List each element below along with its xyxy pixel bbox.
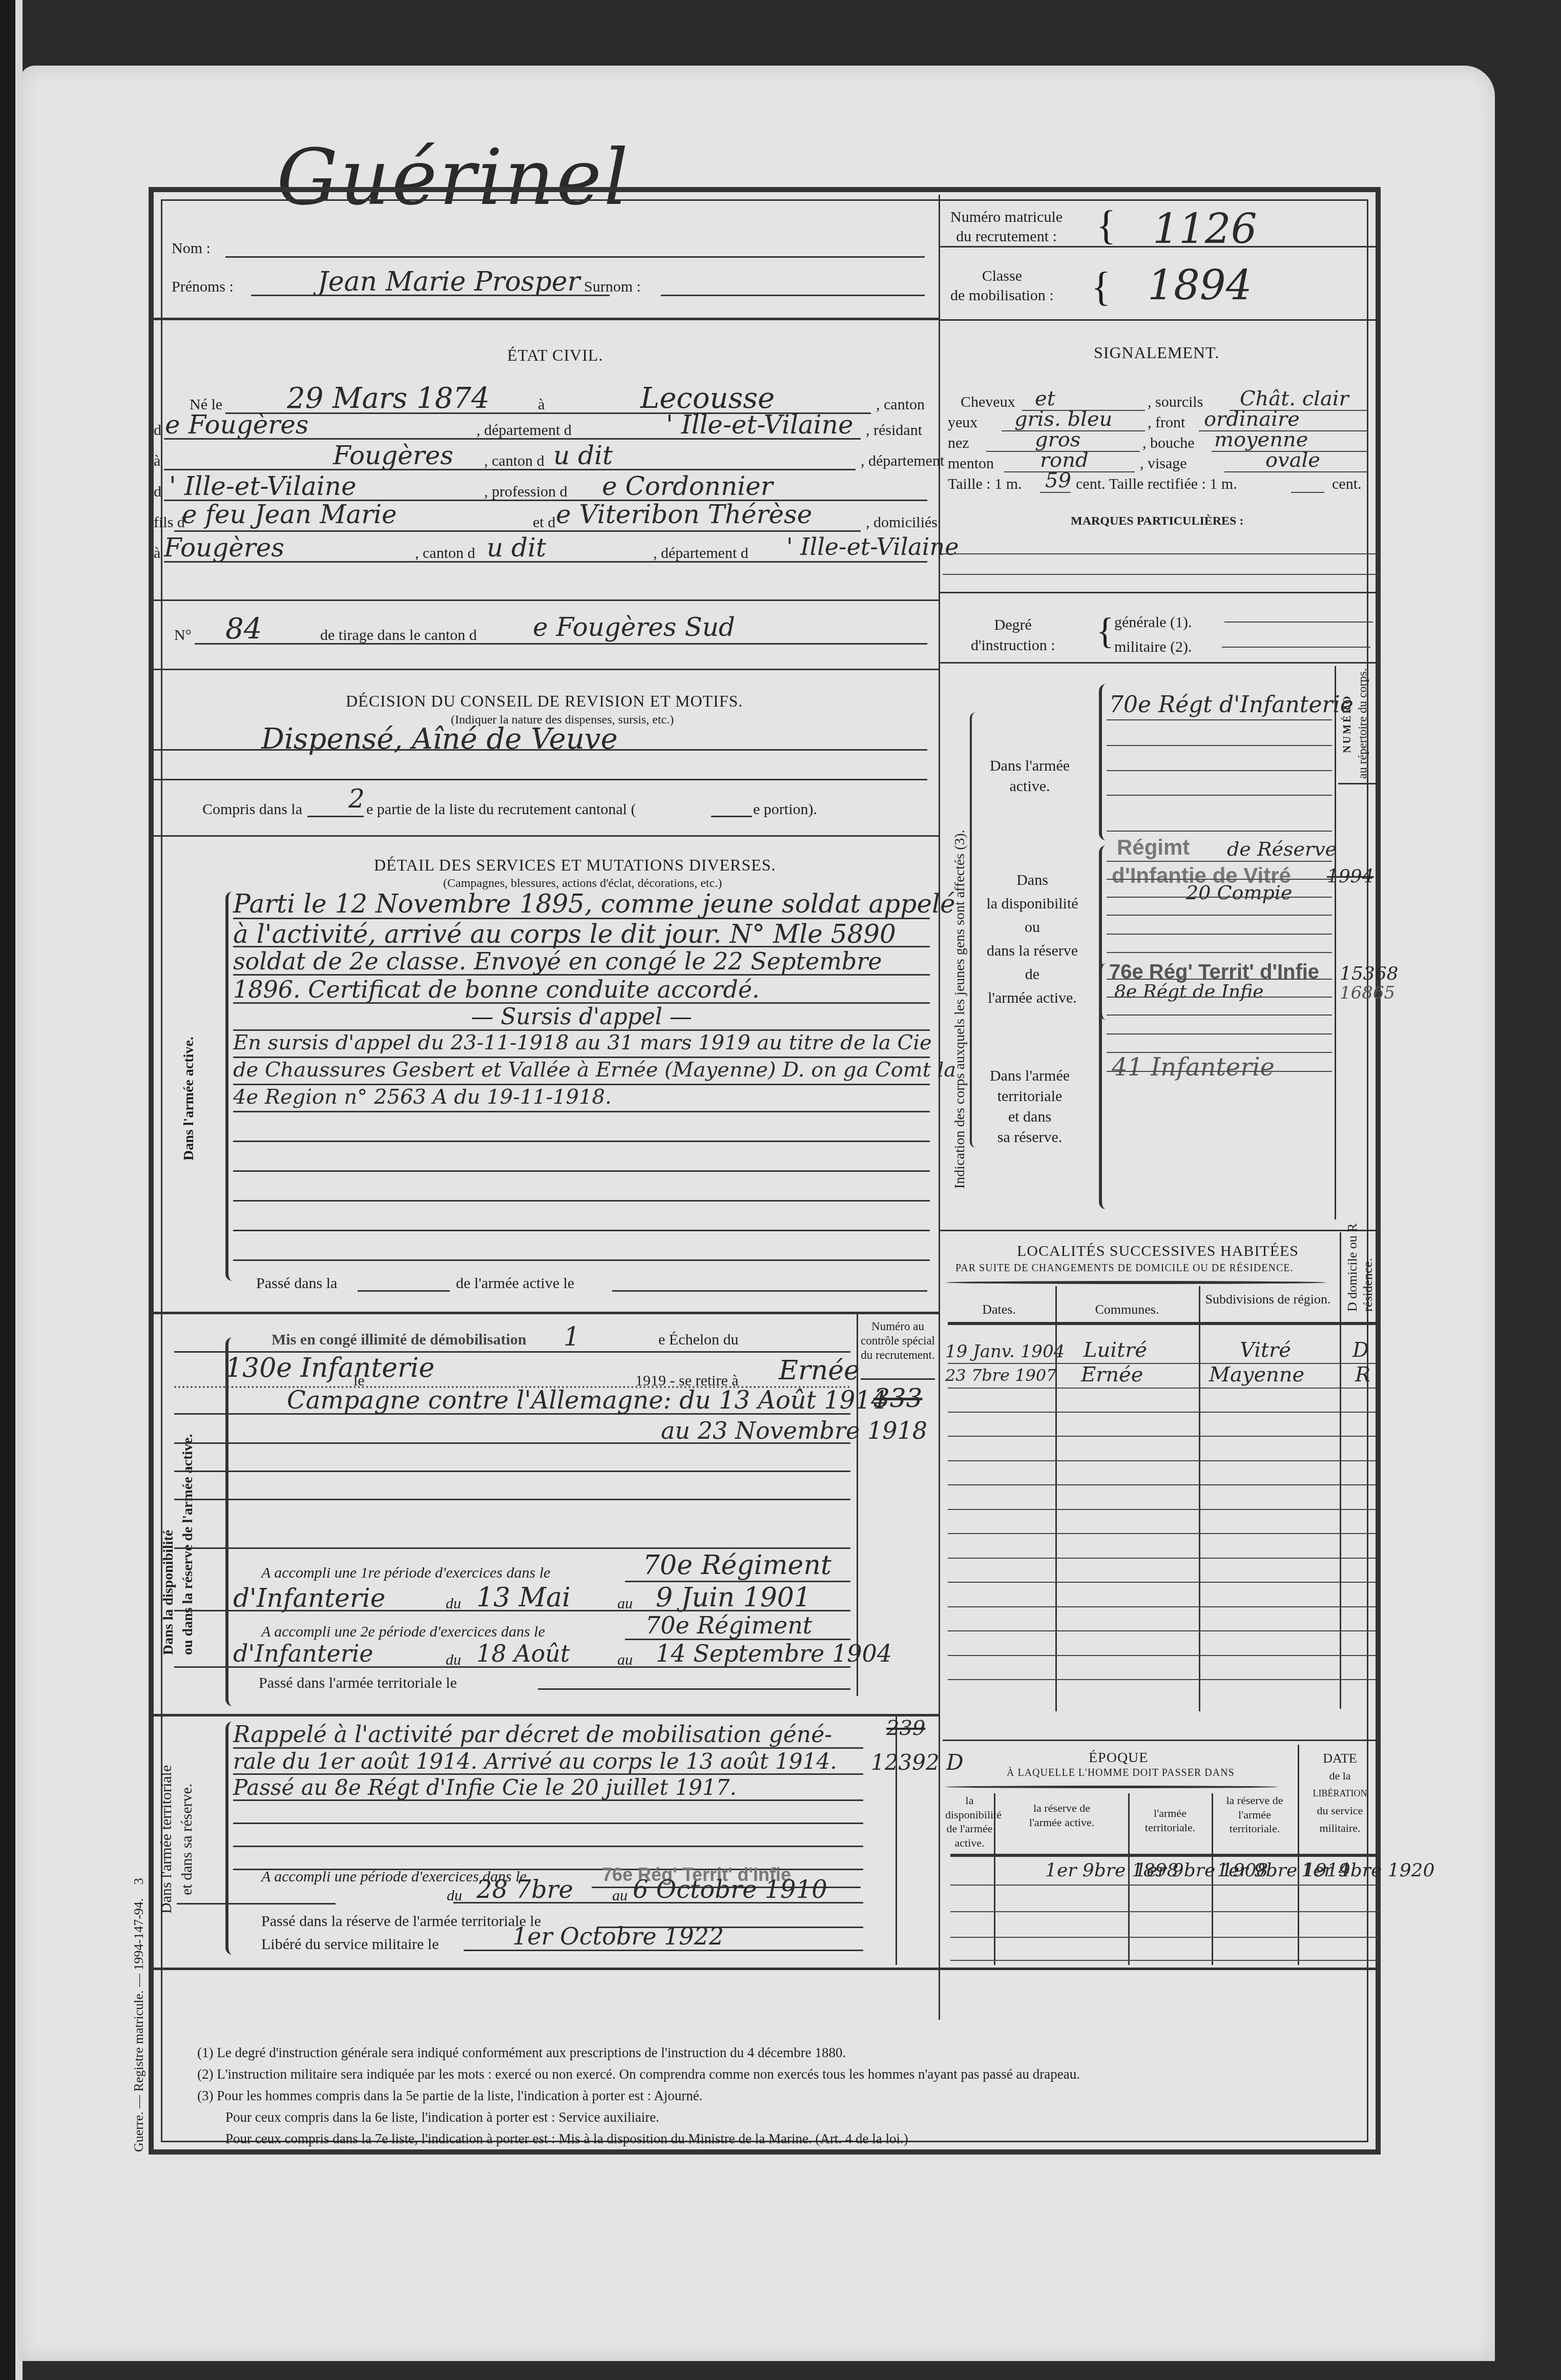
label-line: au répertoire du corps. (1355, 668, 1370, 779)
services-line: — Sursis d'appel — (233, 1004, 930, 1031)
localites-header-line (945, 1281, 1327, 1284)
dispo-line (174, 1499, 850, 1500)
territoriale-du-line (177, 1903, 336, 1905)
territoriale-au-label: au (612, 1888, 628, 1903)
taille-cent-label-2: cent. (1332, 477, 1361, 492)
canton-label: , canton (876, 397, 925, 412)
divider (151, 1714, 939, 1716)
residence-canton-label: , canton d (484, 453, 544, 469)
corps-reserve-label: Dans la disponibilité ou dans la réserve… (981, 868, 1084, 1010)
territoriale-au-value: 6 Octobre 1910 (633, 1875, 827, 1904)
domicile-canton-value: u dit (487, 533, 546, 563)
localites-row-line (948, 1558, 1376, 1559)
footnote: (3) Pour les hommes compris dans la 5e p… (197, 2085, 1365, 2106)
epoque-col: la disponibilité de l'armée active. (945, 1793, 994, 1850)
residence-departement-label: , département (861, 453, 944, 469)
localites-row-line (948, 1606, 1376, 1607)
localites-col-line (948, 1322, 1376, 1325)
taille-rectifiee-line (1291, 492, 1324, 493)
passe-reserve-label: Passé dans la réserve de l'armée territo… (261, 1914, 541, 1929)
dispo-line (174, 1547, 850, 1549)
decision-title: DÉCISION DU CONSEIL DE REVISION ET MOTIF… (346, 692, 743, 711)
corps-line (1107, 1015, 1332, 1016)
localites-col-dates: Dates. (945, 1301, 1053, 1318)
instruction-militaire-line (1222, 647, 1370, 648)
localites-col-subdivisions: Subdivisions de région. (1201, 1291, 1335, 1308)
corps-line (1107, 745, 1332, 746)
divider (940, 319, 1381, 321)
libere-value: 1er Octobre 1922 (512, 1922, 724, 1950)
dr-divider (1340, 1232, 1341, 1709)
parents-line (174, 530, 861, 532)
label-line: Classe (950, 266, 1054, 286)
menton-label: menton (948, 456, 994, 471)
tirage-no-value: 84 (225, 612, 262, 646)
localites-row-line (948, 1679, 1376, 1680)
taille-cent-label: cent. Taille rectifiée : 1 m. (1076, 477, 1237, 492)
departement-label: , département d (476, 423, 572, 438)
surnom-label: Surnom : (584, 279, 641, 295)
corps-reserve-stamp-1: Régimt (1117, 835, 1190, 860)
periode1-du-label: du (446, 1596, 461, 1611)
label-line: dans la réserve (981, 939, 1084, 963)
label-line: Numéro matricule (950, 208, 1063, 227)
retire-value: Ernée (779, 1355, 860, 1386)
label-line: sa réserve. (984, 1127, 1076, 1148)
passe-label: Passé dans la (256, 1276, 337, 1291)
epoque-row-line (950, 1937, 1378, 1938)
compris-value: 2 (348, 784, 365, 814)
corps-active-label: Dans l'armée active. (986, 756, 1073, 797)
periode1-au: 9 Juin 1901 (656, 1582, 811, 1613)
disponibilite-brace (225, 1337, 233, 1706)
et-de-label: et d (533, 515, 555, 530)
side-imprint: Guerre. — Registre matricule. — 1994-147… (132, 1878, 145, 2152)
corps-reserve-numero: 1994 (1327, 866, 1374, 887)
prenoms-value: Jean Marie Prosper (318, 266, 580, 297)
corps-line (1107, 795, 1332, 796)
residence-dept-value: ' Ille-et-Vilaine (169, 471, 357, 501)
services-line-empty (233, 1142, 930, 1172)
corps-territoriale-numero-2: 16865 (1340, 983, 1395, 1003)
label-line: Dans (981, 868, 1084, 892)
nom-label: Nom : (172, 241, 211, 256)
corps-active-brace (1099, 684, 1106, 840)
corps-territoriale-value-2: 8e Régt de Infie (1114, 981, 1264, 1002)
footnotes: (1) Le degré d'instruction générale sera… (197, 2042, 1365, 2149)
tirage-line (195, 643, 927, 645)
services-lines: Parti le 12 Novembre 1895, comme jeune s… (233, 889, 930, 1261)
yeux-label: yeux (948, 415, 977, 430)
divider (151, 669, 939, 670)
services-line: 4e Region n° 2563 A du 19-11-1918. (233, 1085, 930, 1112)
echelon-value: 1 (564, 1322, 580, 1352)
corps-territoriale-value-3: 41 Infanterie (1112, 1053, 1275, 1082)
side-label-line: Dans la disponibilité (159, 1434, 178, 1655)
periode2-du: 18 Août (476, 1640, 570, 1667)
territoriale-au-line (453, 1902, 863, 1903)
territoriale-du-value: 28 7bre (476, 1875, 573, 1904)
localites-title: LOCALITÉS SUCCESSIVES HABITÉES (1017, 1243, 1299, 1260)
localites-col-communes: Communes. (1058, 1301, 1196, 1318)
corps-line (1107, 934, 1332, 935)
decision-line (154, 749, 927, 751)
surnom-line (661, 295, 925, 296)
divider (940, 246, 1381, 247)
domicile-value: Fougères (164, 533, 284, 563)
signalement-title: SIGNALEMENT. (1094, 343, 1219, 362)
footnote: Pour ceux compris dans la 7e liste, l'in… (197, 2128, 1365, 2149)
localites-row-commune: Ernée (1081, 1363, 1143, 1386)
divider (151, 599, 939, 601)
passe-label-2: de l'armée active le (456, 1276, 574, 1291)
corps-line (1107, 997, 1332, 998)
services-line: de Chaussures Gesbert et Vallée à Ernée … (233, 1058, 930, 1085)
side-label-line: Dans l'armée territoriale (156, 1765, 177, 1914)
services-side-label: Dans l'armée active. (182, 1037, 196, 1161)
label-line: Degré (971, 615, 1055, 635)
tirage-canton-value: e Fougères Sud (533, 612, 735, 642)
services-line-empty (233, 1231, 930, 1261)
label-line: D domicile ou R résidence. (1345, 1209, 1376, 1312)
nom-line (225, 256, 925, 258)
label-line: ou (981, 916, 1084, 939)
residant-label: , résidant (866, 423, 922, 438)
label-line: du recrutement : (950, 227, 1063, 246)
campagne-line-1: Campagne contre l'Allemagne: du 13 Août … (287, 1386, 886, 1415)
territoriale-du-label: du (447, 1888, 462, 1903)
corps-line (1107, 879, 1332, 880)
epoque-col: la réserve de l'armée active. (996, 1801, 1127, 1829)
tirage-no-label: N° (174, 628, 192, 643)
periode2-line-2 (174, 1666, 850, 1668)
numero-repertoire-header: NUMÉRO au répertoire du corps. (1340, 668, 1370, 779)
compris-label-3: e portion). (753, 802, 817, 817)
label-line: d'instruction : (971, 635, 1055, 656)
domicile-canton-label: , canton d (415, 546, 475, 561)
residence-line (164, 469, 856, 470)
sourcils-label: , sourcils (1148, 395, 1203, 410)
compris-label: Compris dans la (202, 802, 302, 817)
front-label: , front (1148, 415, 1185, 430)
dispo-line (174, 1413, 850, 1415)
visage-label: , visage (1140, 456, 1187, 471)
corps-line (1107, 719, 1332, 720)
periode2-corps: 70e Régiment (646, 1611, 812, 1639)
divider (943, 1740, 1381, 1741)
localites-row-line (948, 1509, 1376, 1510)
marques-label: MARQUES PARTICULIÈRES : (1071, 515, 1243, 527)
localites-row-commune: Luitré (1084, 1338, 1147, 1362)
footnote: Pour ceux compris dans la 6e liste, l'in… (197, 2106, 1365, 2128)
marques-line (943, 553, 1378, 554)
epoque-col: l'armée territoriale. (1130, 1806, 1211, 1834)
cheveux-label: Cheveux (961, 395, 1015, 410)
periode1-corps: 70e Régiment (643, 1550, 831, 1581)
corps-line (1107, 1071, 1332, 1072)
periode2-au: 14 Septembre 1904 (656, 1640, 892, 1667)
services-line-empty (233, 1202, 930, 1231)
residence-dept-prefix: d (154, 484, 161, 500)
visage-value: ovale (1265, 448, 1320, 472)
localites-row-line (948, 1655, 1376, 1656)
domicile-line (164, 561, 927, 563)
passe-line-2 (612, 1290, 927, 1292)
epoque-row-line (950, 1885, 1378, 1886)
domicile-a-label: à (154, 546, 160, 561)
territoriale-brace (225, 1722, 233, 1955)
divider (151, 1312, 939, 1314)
corps-territoriale-brace (1099, 963, 1106, 1209)
ne-le-value: 29 Mars 1874 (287, 382, 490, 415)
numero-controle-line (861, 1378, 935, 1380)
residence-canton-value: u dit (553, 441, 613, 470)
visage-line (1224, 471, 1368, 472)
label-line: LIBÉRATION (1300, 1785, 1380, 1802)
services-line-empty (233, 1112, 930, 1142)
localites-row-subdivision: Mayenne (1209, 1363, 1304, 1386)
corps-line (1107, 979, 1332, 980)
liberation-value: 1er 9bre 1920 (1301, 1860, 1434, 1881)
divider (151, 1968, 1381, 1970)
corps-side-brace (970, 712, 976, 1148)
canton-d-label: d (154, 423, 161, 438)
services-line: En sursis d'appel du 23-11-1918 au 31 ma… (233, 1031, 930, 1058)
divider (940, 1230, 1381, 1231)
label-line: la disponibilité (981, 892, 1084, 916)
compris-line (307, 816, 364, 817)
tirage-canton-label: de tirage dans le canton d (320, 628, 477, 643)
canton-value: e Fougères (165, 410, 309, 440)
epoque-liberation-header: DATE de la LIBÉRATION du service militai… (1300, 1750, 1380, 1837)
label-line: de (981, 963, 1084, 986)
dispo-line (174, 1471, 850, 1472)
epoque-header-line (945, 1786, 1278, 1788)
services-line: à l'activité, arrivé au corps le dit jou… (233, 919, 930, 947)
passe-line (358, 1290, 450, 1292)
brace-glyph: { (1091, 264, 1111, 311)
localites-row-line (948, 1484, 1376, 1485)
profession-label: , profession d (484, 484, 567, 500)
services-title: DÉTAIL DES SERVICES ET MUTATIONS DIVERSE… (374, 856, 776, 875)
label-line: l'armée active. (981, 986, 1084, 1010)
nez-label: nez (948, 436, 969, 451)
corps-reserve-value-2: 20 Compie (1186, 881, 1292, 904)
label-line: du service militaire. (1300, 1802, 1380, 1837)
epoque-col: la réserve de l'armée territoriale. (1213, 1793, 1296, 1836)
marques-line (943, 574, 1378, 575)
localites-row-line (948, 1436, 1376, 1437)
divider (940, 592, 1381, 593)
portion-line (711, 816, 752, 817)
periode2-au-label: au (617, 1652, 633, 1668)
territoriale-numero-struck: 239 (886, 1716, 925, 1740)
corps-line (1107, 861, 1332, 862)
campagne-line-2: au 23 Novembre 1918 (661, 1417, 927, 1444)
localites-row-line (948, 1388, 1376, 1389)
brace-glyph: { (1096, 202, 1116, 249)
localites-dr-header: D domicile ou R résidence. (1345, 1209, 1376, 1312)
corps-territoriale-stamp: 76e Rég' Territ' d'Infie (1109, 961, 1319, 984)
numero-repertoire-divider (1335, 666, 1336, 1219)
periode1-label: A accompli une 1re période d'exercices d… (261, 1565, 550, 1581)
compris-label-2: e partie de la liste du recrutement cant… (366, 802, 636, 817)
corps-line (1107, 952, 1332, 953)
label-line: NUMÉRO (1340, 668, 1355, 779)
classe-label: Classe de mobilisation : (950, 266, 1054, 305)
departement-value: ' Ille-et-Vilaine (666, 410, 854, 440)
corps-line (1107, 831, 1332, 832)
label-line: Dans l'armée (984, 1066, 1076, 1086)
divider (151, 835, 939, 837)
localites-subtitle: PAR SUITE DE CHANGEMENTS DE DOMICILE OU … (955, 1263, 1293, 1273)
side-imprint-page: 3 (131, 1878, 146, 1885)
corps-side-label: Indication des corps auxquels les jeunes… (953, 830, 967, 1189)
label-line: DATE (1300, 1750, 1380, 1767)
conge-label: Mis en congé illimité de démobilisation (272, 1332, 526, 1348)
prenoms-line (251, 295, 610, 296)
localites-row-line (948, 1630, 1376, 1631)
periode2-label: A accompli une 2e période d'exercices da… (261, 1624, 545, 1640)
numero-controle-label: Numéro au contrôle spécial du recrutemen… (861, 1319, 935, 1362)
profession-value: e Cordonnier (602, 471, 773, 501)
localites-row-dr: R (1355, 1363, 1370, 1386)
residence-value: Fougères (333, 441, 453, 470)
corps-value: 130e Infanterie (225, 1353, 434, 1383)
corps-territoriale-numero-1: 15368 (1340, 963, 1399, 984)
etat-civil-title: ÉTAT CIVIL. (507, 346, 603, 365)
fils-label: fils d (154, 515, 185, 530)
localites-row-subdivision: Vitré (1240, 1338, 1291, 1362)
decision-value: Dispensé, Aîné de Veuve (261, 722, 618, 756)
localites-row-line (948, 1582, 1376, 1583)
passe-territoriale-line (538, 1688, 850, 1690)
territoriale-line: Rappelé à l'activité par décret de mobil… (233, 1722, 863, 1749)
corps-active-value: 70e Régt d'Infanterie (1109, 692, 1354, 718)
libere-line (464, 1950, 863, 1951)
localites-row-date: 23 7bre 1907 (945, 1365, 1057, 1385)
territoriale-side-label: Dans l'armée territoriale et dans sa rés… (156, 1765, 197, 1914)
localites-row-date: 19 Janv. 1904 (945, 1341, 1065, 1362)
instruction-label: Degré d'instruction : (971, 615, 1055, 656)
brace-glyph: { (1096, 610, 1114, 652)
footnote: (1) Le degré d'instruction générale sera… (197, 2042, 1365, 2063)
side-label-line: et dans sa réserve. (177, 1765, 197, 1914)
divider (151, 318, 939, 320)
periode1-du: 13 Mai (476, 1582, 571, 1613)
corps-line (1107, 770, 1332, 771)
domicile-departement-value: ' Ille-et-Vilaine (786, 533, 959, 561)
footnote: (2) L'instruction militaire sera indiqué… (197, 2063, 1365, 2085)
label-line: de mobilisation : (950, 286, 1054, 305)
periode2-du-label: du (446, 1652, 461, 1668)
pere-value: e feu Jean Marie (182, 500, 397, 529)
label-line: et dans (984, 1107, 1076, 1127)
territoriale-line: Passé au 8e Régt d'Infie Cie le 20 juill… (233, 1775, 863, 1801)
services-line: Parti le 12 Novembre 1895, comme jeune s… (233, 889, 930, 919)
label-line: territoriale (984, 1086, 1076, 1107)
prenoms-label: Prénoms : (172, 279, 234, 295)
services-line: soldat de 2e classe. Envoyé en congé le … (233, 947, 930, 976)
epoque-row-line (950, 1911, 1378, 1912)
territoriale-numero-value: 12392 D (871, 1750, 964, 1775)
taille-value: 59 (1045, 469, 1071, 492)
periode1-corps-2: d'Infanterie (233, 1583, 385, 1613)
classe-value: 1894 (1148, 261, 1252, 309)
localites-row-line (948, 1533, 1376, 1534)
territoriale-line: rale du 1er août 1914. Arrivé au corps l… (233, 1749, 863, 1775)
libere-label: Libéré du service militaire le (261, 1937, 439, 1952)
epoque-row-line (950, 1960, 1378, 1961)
domicile-departement-label: , département d (653, 546, 748, 561)
domicilies-label: , domiciliés (866, 515, 938, 530)
echelon-label: e Échelon du (658, 1332, 739, 1348)
side-imprint-text: Guerre. — Registre matricule. — 1994-147… (131, 1898, 146, 2152)
epoque-col-line (950, 1854, 1378, 1857)
numero-header-line (1338, 783, 1379, 784)
residence-a-label: à (154, 453, 160, 469)
services-subtitle: (Campagnes, blessures, actions d'éclat, … (443, 877, 722, 889)
epoque-title: ÉPOQUE (1089, 1750, 1148, 1766)
taille-line (1040, 492, 1071, 493)
services-line-empty (233, 1172, 930, 1202)
dispo-line (174, 1442, 850, 1444)
localites-row-line (948, 1412, 1376, 1413)
corps-line (1107, 897, 1332, 898)
taille-label: Taille : 1 m. (948, 477, 1022, 492)
corps-territoriale-label: Dans l'armée territoriale et dans sa rés… (984, 1066, 1076, 1148)
localites-row-line (948, 1363, 1376, 1364)
corps-reserve-hw-1: de Réserve (1227, 838, 1337, 860)
divider (940, 662, 1381, 664)
decision-line (154, 779, 927, 780)
label-line: de la (1300, 1767, 1380, 1785)
periode1-au-label: au (617, 1596, 633, 1611)
corps-line (1107, 915, 1332, 916)
a-label: à (538, 397, 545, 412)
services-brace (225, 892, 233, 1281)
instruction-generale-line (1224, 622, 1373, 623)
services-line: 1896. Certificat de bonne conduite accor… (233, 976, 930, 1004)
periode2-corps-2: d'Infanterie (233, 1640, 373, 1667)
corps-line (1107, 1033, 1332, 1034)
mere-value: e Viteribon Thérèse (556, 500, 812, 529)
disponibilite-side-label: Dans la disponibilité ou dans la réserve… (159, 1434, 198, 1655)
localites-row-dr: D (1352, 1338, 1369, 1362)
numero-matricule-label: Numéro matricule du recrutement : (950, 208, 1063, 246)
instruction-generale-label: générale (1). (1114, 615, 1192, 630)
epoque-subtitle: À LAQUELLE L'HOMME DOIT PASSER DANS (1007, 1768, 1235, 1778)
localites-col-divider (1199, 1286, 1200, 1711)
territoriale-line-empty (233, 1824, 863, 1847)
bouche-label: , bouche (1142, 436, 1195, 451)
canton-line (164, 438, 861, 440)
instruction-militaire-label: militaire (2). (1114, 639, 1192, 655)
localites-row-line (948, 1460, 1376, 1461)
territoriale-lines: Rappelé à l'activité par décret de mobil… (233, 1722, 863, 1870)
territoriale-line-empty (233, 1801, 863, 1824)
side-label-line: ou dans la réserve de l'armée active. (178, 1434, 198, 1655)
passe-territoriale-label: Passé dans l'armée territoriale le (259, 1675, 457, 1691)
